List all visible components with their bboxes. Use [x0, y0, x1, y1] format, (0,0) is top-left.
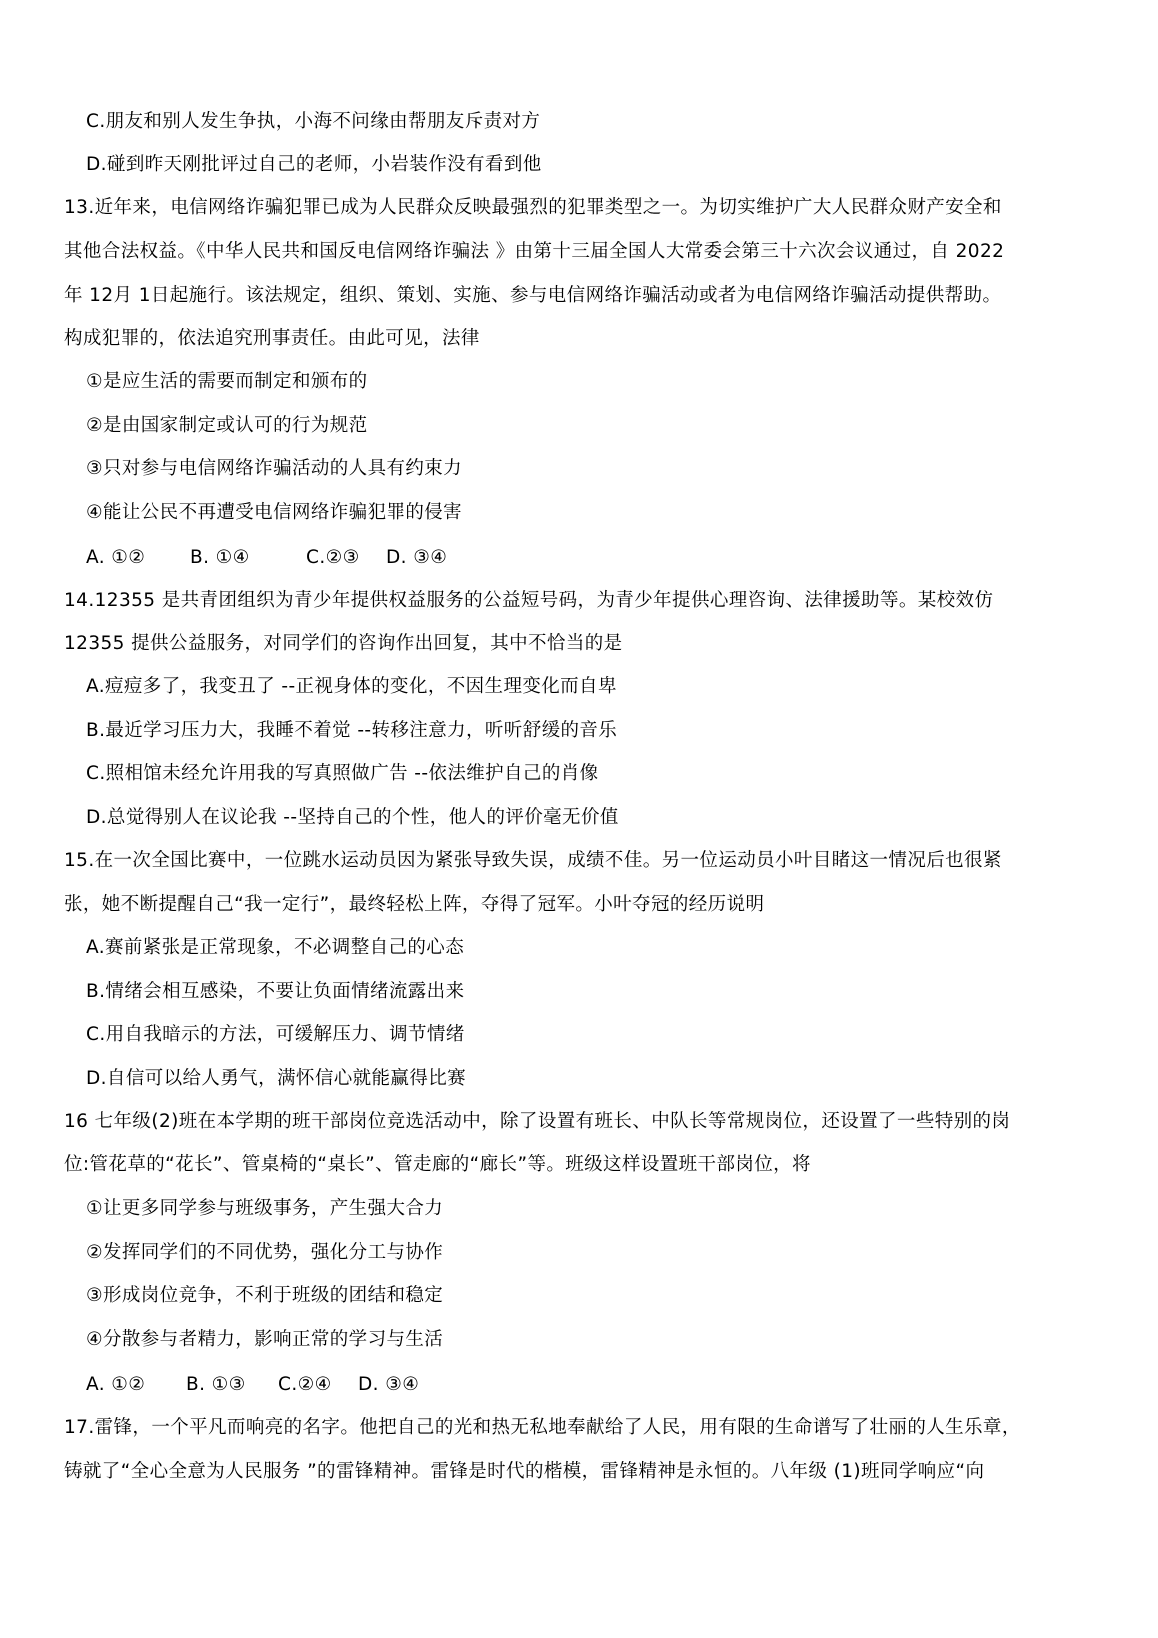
q16-choice-b: B. ①③	[186, 1373, 278, 1397]
q16-statement-4: ④分散参与者精力，影响正常的学习与生活	[86, 1328, 443, 1352]
q14-option-c: C.照相馆未经允许用我的写真照做广告 --依法维护自己的肖像	[86, 762, 599, 786]
q13-stem-line-3: 年 12月 1日起施行。该法规定，组织、策划、实施、参与电信网络诈骗活动或者为电…	[64, 284, 1001, 308]
q13-stem-line-2: 其他合法权益。《中华人民共和国反电信网络诈骗法 》由第十三届全国人大常委会第三十…	[64, 240, 1004, 264]
q14-stem-line-2: 12355 提供公益服务，对同学们的咨询作出回复，其中不恰当的是	[64, 632, 623, 656]
q13-statement-1: ①是应生活的需要而制定和颁布的	[86, 370, 368, 394]
q13-stem-line-1: 13.近年来，电信网络诈骗犯罪已成为人民群众反映最强烈的犯罪类型之一。为切实维护…	[64, 196, 1002, 220]
q13-choice-c: C.②③	[306, 546, 386, 570]
q16-choice-d: D. ③④	[358, 1373, 419, 1397]
q15-stem-line-2: 张，她不断提醒自己“我一定行”，最终轻松上阵，夺得了冠军。小叶夺冠的经历说明	[64, 893, 764, 917]
q15-option-b: B.情绪会相互感染，不要让负面情绪流露出来	[86, 980, 464, 1004]
q15-option-c: C.用自我暗示的方法，可缓解压力、调节情绪	[86, 1023, 465, 1047]
q14-option-b: B.最近学习压力大，我睡不着觉 --转移注意力，听听舒缓的音乐	[86, 719, 617, 743]
q13-stem-line-4: 构成犯罪的，依法追究刑事责任。由此可见，法律	[64, 327, 480, 351]
q16-stem-line-2: 位:管花草的“花长”、管桌椅的“桌长”、管走廊的“廊长”等。班级这样设置班干部岗…	[64, 1153, 811, 1177]
q15-stem-line-1: 15.在一次全国比赛中，一位跳水运动员因为紧张导致失误，成绩不佳。另一位运动员小…	[64, 849, 1002, 873]
q13-choice-d: D. ③④	[386, 546, 447, 570]
q12-option-c: C.朋友和别人发生争执，小海不问缘由帮朋友斥责对方	[86, 110, 540, 134]
q13-statement-3: ③只对参与电信网络诈骗活动的人具有约束力	[86, 457, 462, 481]
q14-option-a: A.痘痘多了，我变丑了 --正视身体的变化，不因生理变化而自卑	[86, 675, 617, 699]
q16-stem-line-1: 16 七年级(2)班在本学期的班干部岗位竞选活动中，除了设置有班长、中队长等常规…	[64, 1110, 1010, 1134]
q17-stem-line-1: 17.雷锋，一个平凡而响亮的名字。他把自己的光和热无私地奉献给了人民，用有限的生…	[64, 1416, 1021, 1440]
q14-stem-line-1: 14.12355 是共青团组织为青少年提供权益服务的公益短号码，为青少年提供心理…	[64, 589, 993, 613]
q13-choice-a: A. ①②	[86, 546, 190, 570]
q16-statement-2: ②发挥同学们的不同优势，强化分工与协作	[86, 1241, 443, 1265]
q16-statement-3: ③形成岗位竞争，不利于班级的团结和稳定	[86, 1284, 443, 1308]
q13-choice-b: B. ①④	[190, 546, 306, 570]
q13-statement-4: ④能让公民不再遭受电信网络诈骗犯罪的侵害	[86, 501, 462, 525]
q15-option-d: D.自信可以给人勇气，满怀信心就能赢得比赛	[86, 1067, 466, 1091]
q12-option-d: D.碰到昨天刚批评过自己的老师，小岩装作没有看到他	[86, 153, 542, 177]
q13-statement-2: ②是由国家制定或认可的行为规范	[86, 414, 368, 438]
q16-choices: A. ①②B. ①③C.②④D. ③④	[86, 1373, 419, 1397]
q17-stem-line-2: 铸就了“全心全意为人民服务 ”的雷锋精神。雷锋是时代的楷模，雷锋精神是永恒的。八…	[64, 1460, 984, 1484]
q15-option-a: A.赛前紧张是正常现象，不必调整自己的心态	[86, 936, 464, 960]
q13-choices: A. ①②B. ①④C.②③D. ③④	[86, 546, 447, 570]
q16-choice-a: A. ①②	[86, 1373, 186, 1397]
q16-choice-c: C.②④	[278, 1373, 358, 1397]
q14-option-d: D.总觉得别人在议论我 --坚持自己的个性，他人的评价毫无价值	[86, 806, 619, 830]
exam-page: C.朋友和别人发生争执，小海不问缘由帮朋友斥责对方 D.碰到昨天刚批评过自己的老…	[0, 0, 1158, 1638]
q16-statement-1: ①让更多同学参与班级事务，产生强大合力	[86, 1197, 443, 1221]
